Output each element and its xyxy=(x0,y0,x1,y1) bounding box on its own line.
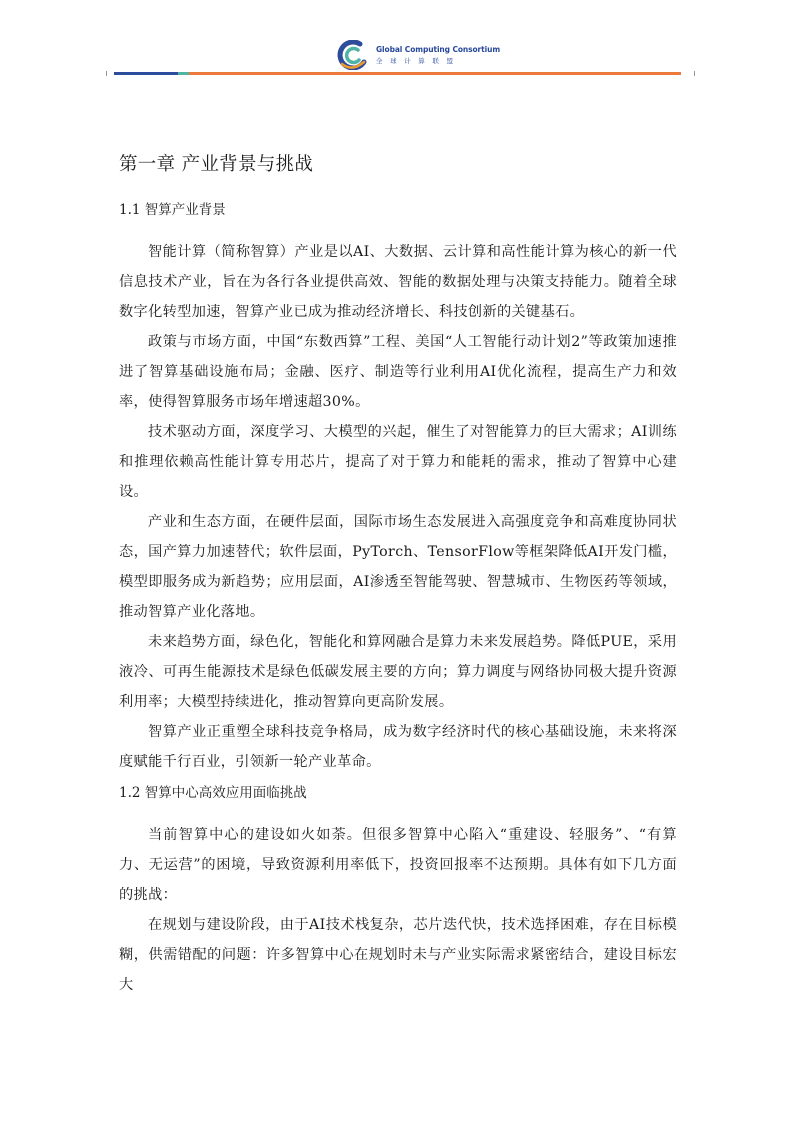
header-rule-orange xyxy=(189,72,681,75)
chapter-title: 第一章 产业背景与挑战 xyxy=(119,150,677,180)
paragraph: 当前智算中心的建设如火如荼。但很多智算中心陷入“重建设、轻服务”、“有算力、无运… xyxy=(119,820,677,910)
header-rule-blue xyxy=(114,72,178,75)
paragraph: 未来趋势方面，绿色化，智能化和算网融合是算力未来发展趋势。降低PUE，采用液冷、… xyxy=(119,627,677,717)
paragraph: 政策与市场方面，中国“东数西算”工程、美国“人工智能行动计划2”等政策加速推进了… xyxy=(119,327,677,417)
header-rule-tick-left xyxy=(106,71,107,76)
logo-chinese-name: 全球计算联盟 xyxy=(376,56,500,66)
page-header: Global Computing Consortium 全球计算联盟 xyxy=(0,0,794,90)
paragraph: 智能计算（简称智算）产业是以AI、大数据、云计算和高性能计算为核心的新一代信息技… xyxy=(119,237,677,327)
section-heading-1-2: 1.2 智算中心高效应用面临挑战 xyxy=(119,783,677,803)
document-body: 第一章 产业背景与挑战 1.1 智算产业背景 智能计算（简称智算）产业是以AI、… xyxy=(119,150,677,1000)
paragraph: 智算产业正重塑全球科技竞争格局，成为数字经济时代的核心基础设施，未来将深度赋能千… xyxy=(119,717,677,777)
paragraph: 产业和生态方面，在硬件层面，国际市场生态发展进入高强度竞争和高难度协同状态，国产… xyxy=(119,507,677,627)
gcc-swirl-logo-icon xyxy=(336,40,370,70)
header-rule-teal xyxy=(178,72,189,75)
logo-english-name: Global Computing Consortium xyxy=(376,45,500,55)
consortium-logo: Global Computing Consortium 全球计算联盟 xyxy=(336,40,500,70)
paragraph: 在规划与建设阶段，由于AI技术栈复杂，芯片迭代快，技术选择困难，存在目标模糊，供… xyxy=(119,910,677,1000)
paragraph: 技术驱动方面，深度学习、大模型的兴起，催生了对智能算力的巨大需求；AI训练和推理… xyxy=(119,417,677,507)
section-heading-1-1: 1.1 智算产业背景 xyxy=(119,200,677,220)
header-rule-tick-right xyxy=(694,71,695,76)
